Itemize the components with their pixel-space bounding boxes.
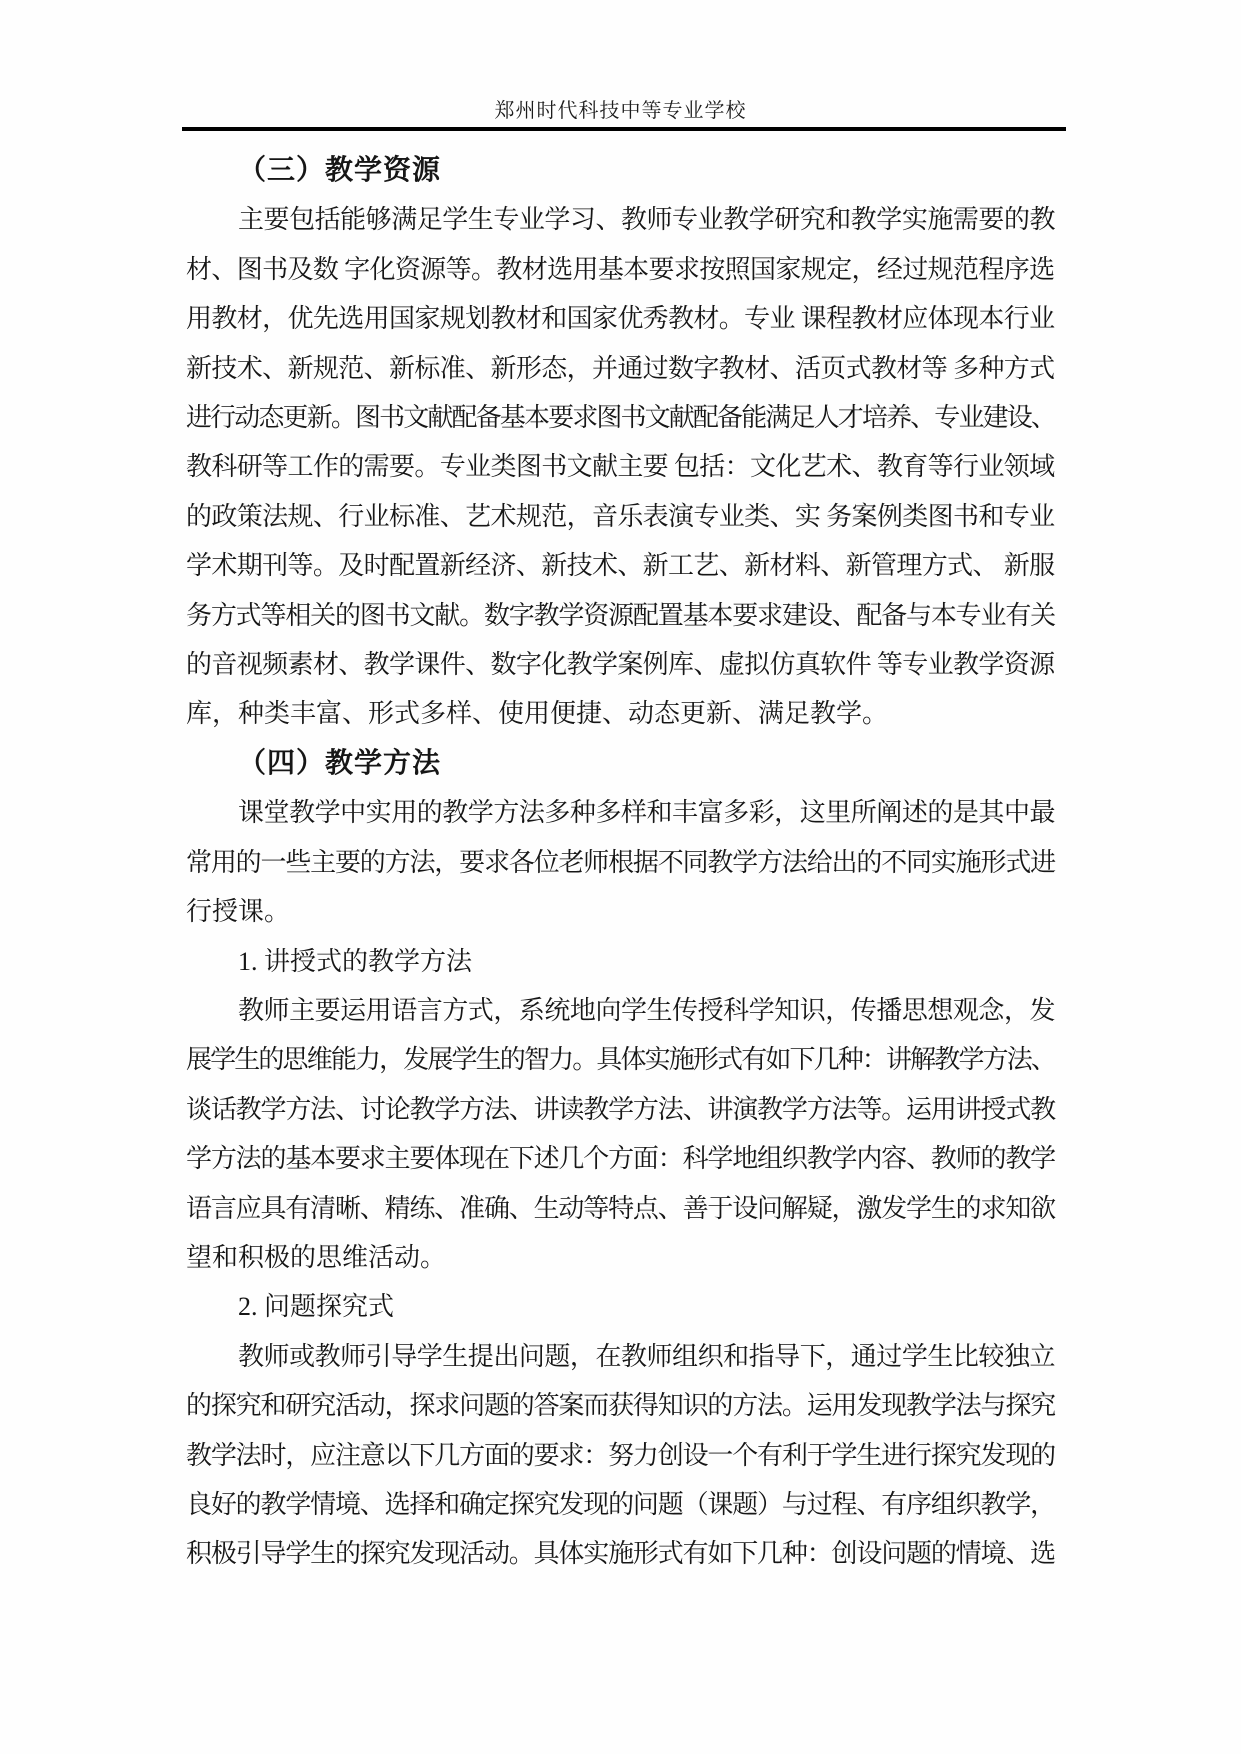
text-line: 望和积极的思维活动。 [186, 1233, 1055, 1282]
text-line: 进行动态更新。图书文献配备基本要求图书文献配备能满足人才培养、专业建设、 [186, 393, 1055, 442]
text-line: 2. 问题探究式 [186, 1282, 1055, 1331]
text-line: 课堂教学中实用的教学方法多种多样和丰富多彩，这里所阐述的是其中最 [186, 788, 1055, 837]
text-line: 积极引导学生的探究发现活动。具体实施形式有如下几种：创设问题的情境、选 [186, 1529, 1055, 1578]
text-line: 教师或教师引导学生提出问题，在教师组织和指导下，通过学生比较独立 [186, 1332, 1055, 1381]
text-line: 务方式等相关的图书文献。数字教学资源配置基本要求建设、配备与本专业有关 [186, 591, 1055, 640]
text-line: 谈话教学方法、讨论教学方法、讲读教学方法、讲演教学方法等。运用讲授式教 [186, 1085, 1055, 1134]
text-line: 库，种类丰富、形式多样、使用便捷、动态更新、满足教学。 [186, 689, 1055, 738]
text-line: 主要包括能够满足学生专业学习、教师专业教学研究和教学实施需要的教 [186, 195, 1055, 244]
text-line: 展学生的思维能力，发展学生的智力。具体实施形式有如下几种：讲解教学方法、 [186, 1035, 1055, 1084]
text-line: 1. 讲授式的教学方法 [186, 937, 1055, 986]
text-line: 教科研等工作的需要。专业类图书文献主要 包括：文化艺术、教育等行业领域 [186, 442, 1055, 491]
text-line: 语言应具有清晰、精练、准确、生动等特点、善于设问解疑，激发学生的求知欲 [186, 1184, 1055, 1233]
document-body: （三）教学资源主要包括能够满足学生专业学习、教师专业教学研究和教学实施需要的教材… [186, 146, 1055, 1579]
text-line: 用教材，优先选用国家规划教材和国家优秀教材。专业 课程教材应体现本行业 [186, 294, 1055, 343]
text-line: 教师主要运用语言方式，系统地向学生传授科学知识，传播思想观念，发 [186, 986, 1055, 1035]
section-heading: （四）教学方法 [186, 739, 1055, 788]
page-header-school-name: 郑州时代科技中等专业学校 [0, 99, 1241, 123]
text-line: 的音视频素材、教学课件、数字化教学案例库、虚拟仿真软件 等专业教学资源 [186, 640, 1055, 689]
text-line: 材、图书及数 字化资源等。教材选用基本要求按照国家规定，经过规范程序选 [186, 245, 1055, 294]
text-line: 学术期刊等。及时配置新经济、新技术、新工艺、新材料、新管理方式、 新服 [186, 541, 1055, 590]
text-line: 的探究和研究活动，探求问题的答案而获得知识的方法。运用发现教学法与探究 [186, 1381, 1055, 1430]
text-line: 的政策法规、行业标准、艺术规范，音乐表演专业类、实 务案例类图书和专业 [186, 492, 1055, 541]
text-line: 行授课。 [186, 887, 1055, 936]
text-line: 新技术、新规范、新标准、新形态，并通过数字教材、活页式教材等 多种方式 [186, 344, 1055, 393]
text-line: 良好的教学情境、选择和确定探究发现的问题（课题）与过程、有序组织教学， [186, 1480, 1055, 1529]
header-rule [182, 127, 1066, 131]
text-line: 学方法的基本要求主要体现在下述几个方面：科学地组织教学内容、教师的教学 [186, 1134, 1055, 1183]
section-heading: （三）教学资源 [186, 146, 1055, 195]
text-line: 常用的一些主要的方法，要求各位老师根据不同教学方法给出的不同实施形式进 [186, 838, 1055, 887]
document-page: 郑州时代科技中等专业学校 （三）教学资源主要包括能够满足学生专业学习、教师专业教… [0, 0, 1241, 1754]
text-line: 教学法时，应注意以下几方面的要求：努力创设一个有利于学生进行探究发现的 [186, 1431, 1055, 1480]
